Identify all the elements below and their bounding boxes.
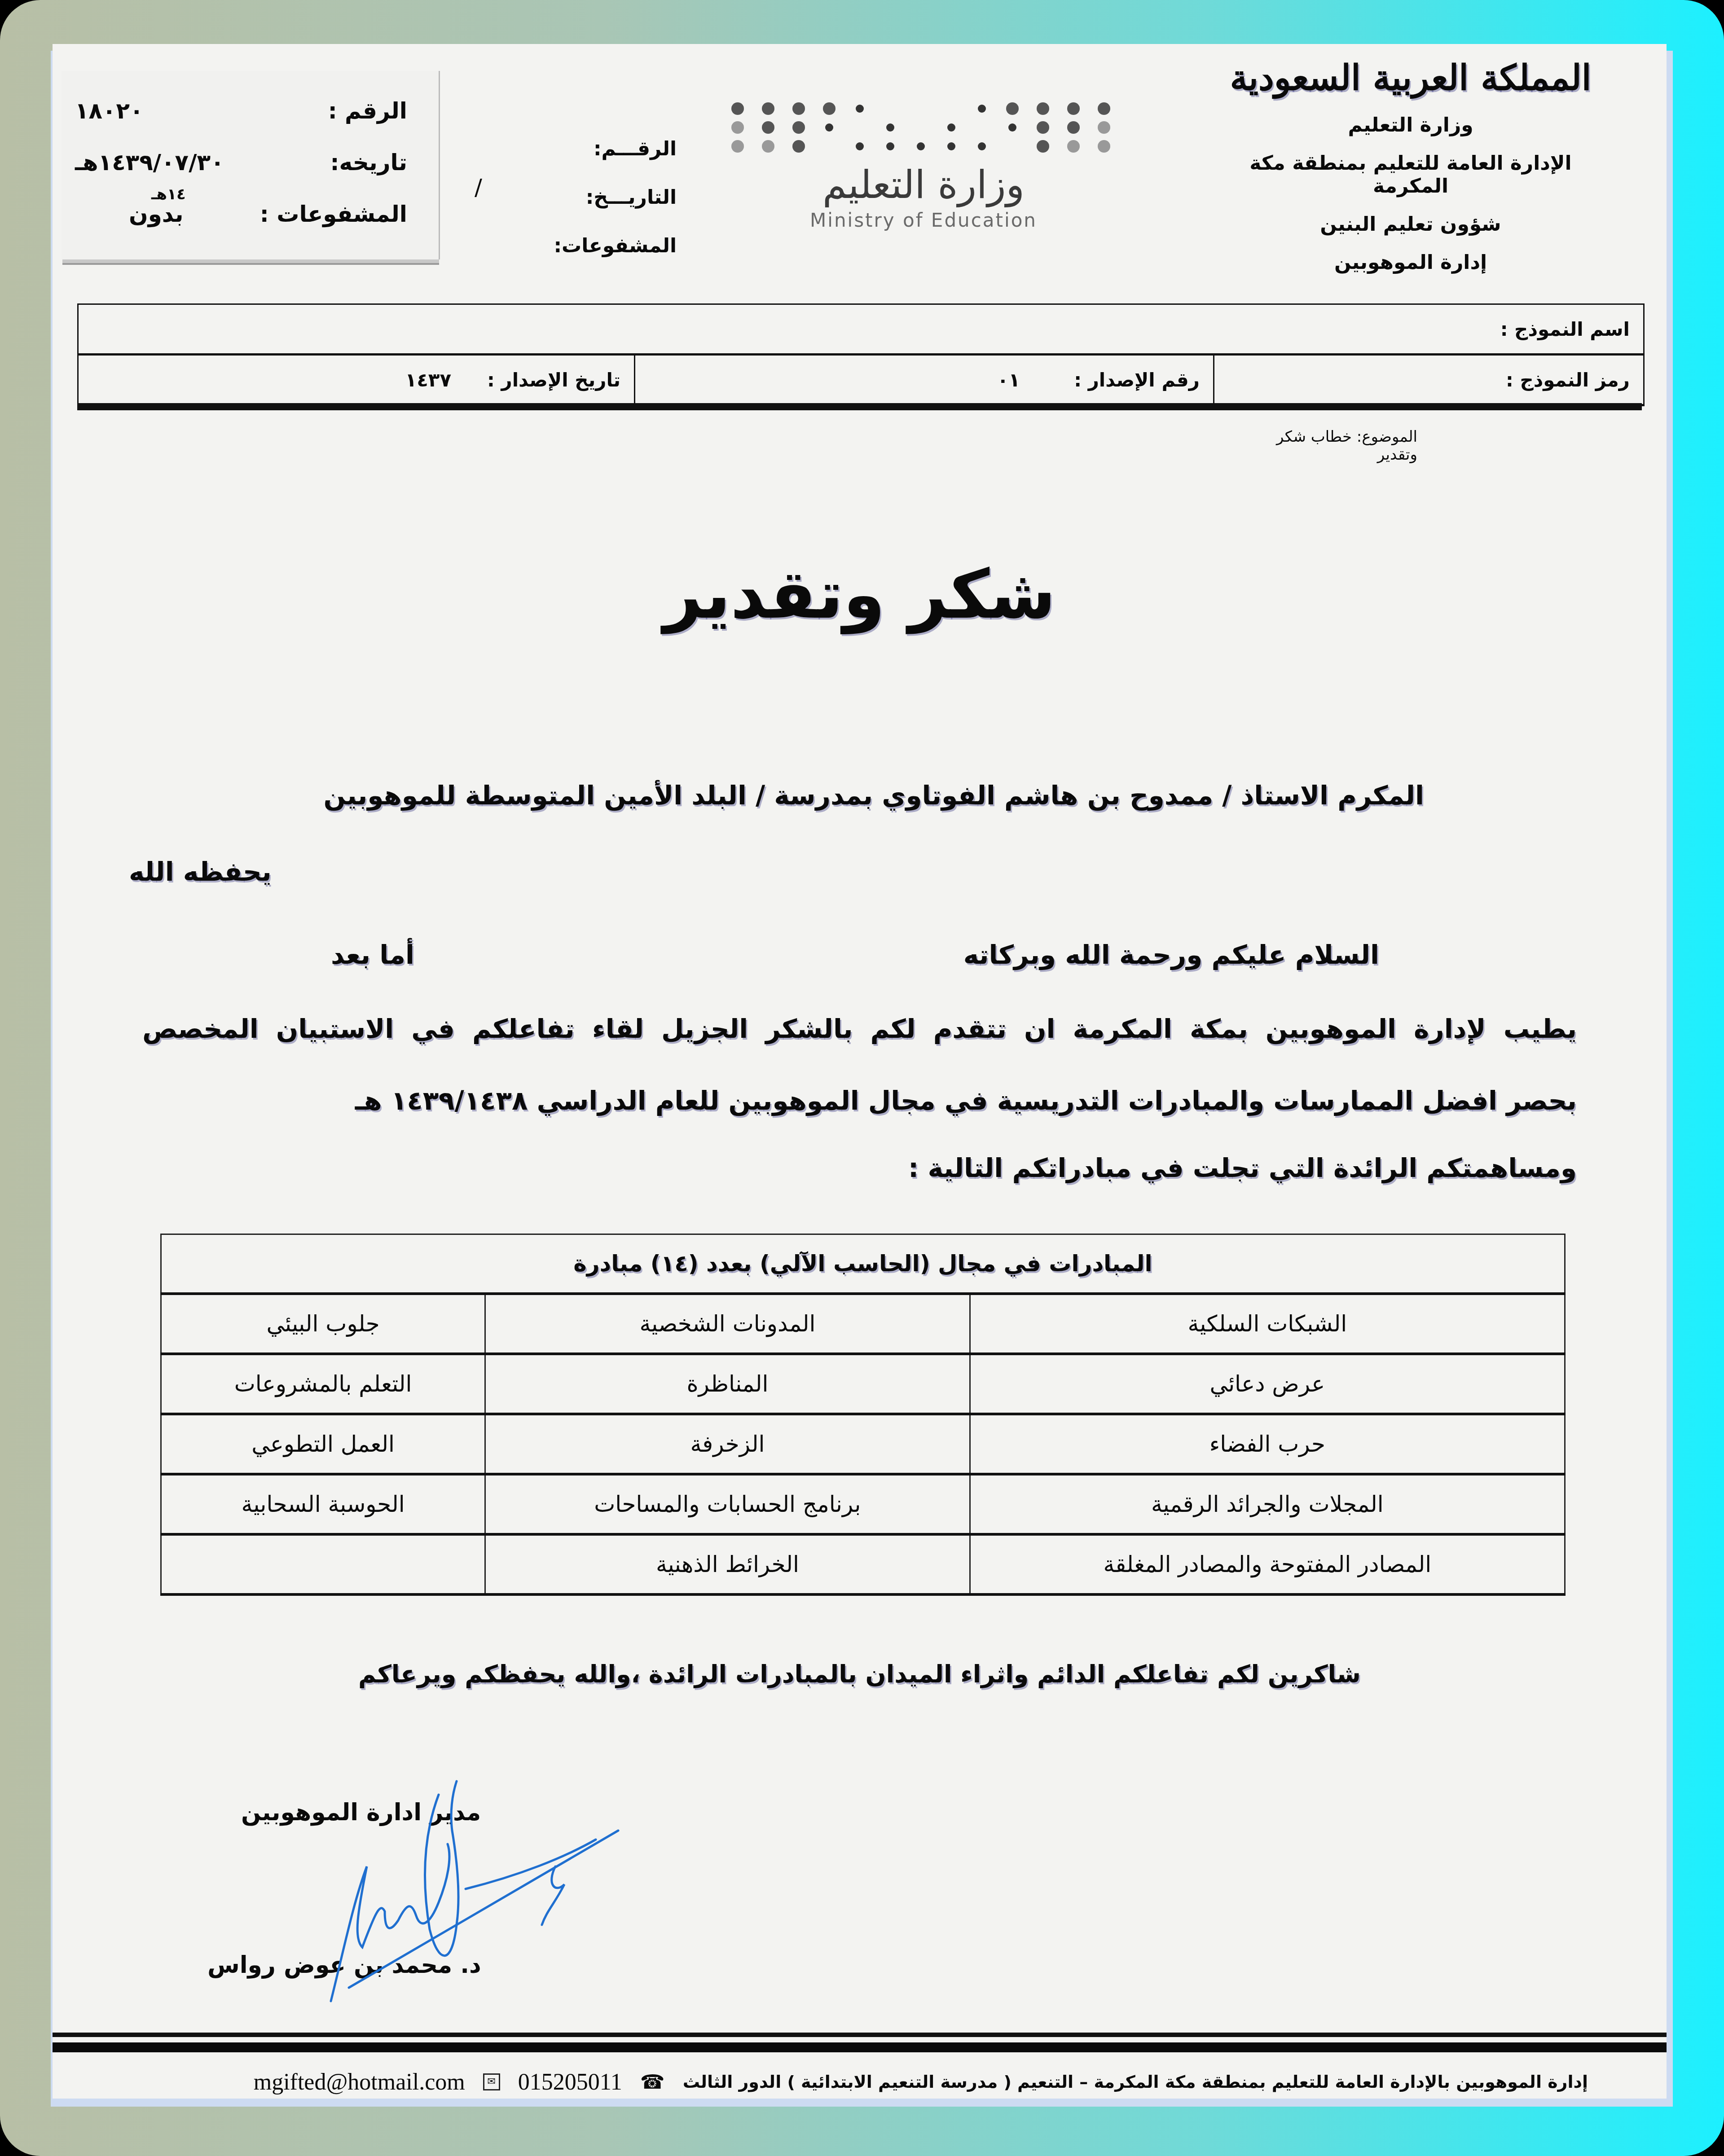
letter-document: المملكة العربية السعودية وزارة التعليم ا…	[53, 44, 1667, 2099]
stamp-attachments-value: بدون	[129, 201, 183, 246]
boys-affairs-line: شؤون تعليم البنين	[1209, 213, 1613, 236]
date-label: التاريـــخ:	[524, 173, 677, 222]
issue-date-value: ١٤٣٧	[405, 369, 452, 391]
header-divider	[77, 403, 1642, 410]
table-cell	[161, 1534, 485, 1594]
logo-english-text: Ministry of Education	[753, 209, 1094, 231]
stamp-attachments-label: المشفوعات :	[260, 201, 407, 246]
letterhead-organization: المملكة العربية السعودية وزارة التعليم ا…	[1209, 57, 1613, 274]
table-cell: الحوسبة السحابية	[161, 1474, 485, 1534]
table-cell: الخرائط الذهنية	[485, 1534, 970, 1594]
footer-phone: 015205011	[518, 2069, 622, 2095]
issue-number-value: ٠١	[997, 369, 1020, 391]
date-slash: /	[475, 174, 482, 200]
form-metadata-table: اسم النموذج : رمز النموذج : رقم الإصدار …	[77, 303, 1645, 406]
form-code-label: رمز النموذج :	[1506, 369, 1630, 391]
table-cell: العمل التطوعي	[161, 1414, 485, 1474]
stamp-date-label: تاريخه:	[330, 149, 407, 194]
stamp-attachments-row: المشفوعات : بدون	[129, 201, 407, 246]
handwritten-signature-icon	[304, 1777, 672, 2010]
blessing-line: يحفظه الله	[129, 856, 272, 887]
table-row: المصادر المفتوحة والمصادر المغلقة الخرائ…	[161, 1534, 1565, 1594]
initiatives-header: المبادرات في مجال (الحاسب الآلي) بعدد (١…	[161, 1234, 1565, 1294]
salam-greeting: السلام عليكم ورحمة الله وبركاته	[963, 940, 1379, 970]
amma-baad: أما بعد	[331, 940, 414, 970]
general-directorate-line: الإدارة العامة للتعليم بمنطقة مكة المكرم…	[1209, 152, 1613, 198]
form-code-row: رمز النموذج : رقم الإصدار : ٠١ تاريخ الإ…	[79, 356, 1643, 406]
form-name-row: اسم النموذج :	[79, 305, 1643, 356]
table-row: الشبكات السلكية المدونات الشخصية جلوب ال…	[161, 1294, 1565, 1354]
footer-email[interactable]: mgifted@hotmail.com	[254, 2069, 465, 2095]
body-paragraph-line-1: يطيب لإدارة الموهوبين بمكة المكرمة ان تت…	[142, 1014, 1577, 1044]
recipient-line: المكرم الاستاذ / ممدوح بن هاشم الفوتاوي …	[324, 780, 1424, 811]
table-row: المجلات والجرائد الرقمية برنامج الحسابات…	[161, 1474, 1565, 1534]
table-cell: المدونات الشخصية	[485, 1294, 970, 1354]
table-cell: حرب الفضاء	[970, 1414, 1565, 1474]
ministry-logo: وزارة التعليم Ministry of Education	[753, 102, 1094, 309]
issue-date-label: تاريخ الإصدار :	[487, 369, 620, 391]
stamp-number-label: الرقم :	[328, 98, 407, 143]
ministry-line: وزارة التعليم	[1209, 114, 1613, 136]
table-cell: التعلم بالمشروعات	[161, 1354, 485, 1414]
table-cell: برنامج الحسابات والمساحات	[485, 1474, 970, 1534]
stamp-date-value: ١٤٣٩/٠٧/٣٠هـ	[75, 149, 224, 194]
issue-number-cell: رقم الإصدار : ٠١	[635, 356, 1214, 404]
attachments-label: المشفوعات:	[524, 222, 677, 270]
logo-dots-icon	[753, 102, 1094, 153]
reference-stamp: الرقم : ١٨٠٢٠ تاريخه: ١٤٣٩/٠٧/٣٠هـ المشف…	[62, 71, 440, 259]
table-cell: جلوب البيئي	[161, 1294, 485, 1354]
stamp-date-suffix: ١٤هـ	[151, 185, 186, 203]
table-cell: المناظرة	[485, 1354, 970, 1414]
reference-labels: الرقـــم: التاريـــخ: المشفوعات:	[524, 125, 677, 270]
stamp-number-value: ١٨٠٢٠	[75, 98, 144, 143]
stamp-number-row: الرقم : ١٨٠٢٠	[75, 98, 407, 143]
table-row: عرض دعائي المناظرة التعلم بالمشروعات	[161, 1354, 1565, 1414]
form-code-cell: رمز النموذج :	[1214, 356, 1643, 404]
footer-contact: إدارة الموهوبين بالإدارة العامة للتعليم …	[138, 2064, 1588, 2100]
stamp-date-row: تاريخه: ١٤٣٩/٠٧/٣٠هـ	[75, 149, 407, 194]
table-cell: عرض دعائي	[970, 1354, 1565, 1414]
logo-arabic-text: وزارة التعليم	[753, 162, 1094, 207]
email-icon: ✉	[483, 2073, 500, 2090]
closing-line: شاكرين لكم تفاعلكم الدائم واثراء الميدان…	[53, 1660, 1667, 1688]
phone-icon: ☎	[640, 2071, 665, 2094]
form-name-label: اسم النموذج :	[1500, 318, 1630, 340]
body-paragraph-line-2: بحصر افضل الممارسات والمبادرات التدريسية…	[355, 1085, 1577, 1116]
footer-address: إدارة الموهوبين بالإدارة العامة للتعليم …	[683, 2072, 1588, 2092]
table-row: حرب الفضاء الزخرفة العمل التطوعي	[161, 1414, 1565, 1474]
form-name-cell: اسم النموذج :	[79, 305, 1643, 353]
number-label: الرقـــم:	[524, 125, 677, 173]
body-paragraph-line-3: ومساهمتكم الرائدة التي تجلت في مبادراتكم…	[908, 1153, 1577, 1183]
letter-title: شكر وتقدير	[53, 556, 1667, 634]
initiatives-header-row: المبادرات في مجال (الحاسب الآلي) بعدد (١…	[161, 1234, 1565, 1294]
kingdom-title: المملكة العربية السعودية	[1209, 57, 1613, 98]
initiatives-table: المبادرات في مجال (الحاسب الآلي) بعدد (١…	[160, 1234, 1566, 1596]
table-cell: المصادر المفتوحة والمصادر المغلقة	[970, 1534, 1565, 1594]
issue-date-cell: تاريخ الإصدار : ١٤٣٧	[79, 356, 635, 404]
table-cell: الشبكات السلكية	[970, 1294, 1565, 1354]
footer-divider-thick	[53, 2042, 1667, 2052]
table-cell: الزخرفة	[485, 1414, 970, 1474]
footer-divider-thin	[53, 2033, 1667, 2037]
gifted-department-line: إدارة الموهوبين	[1209, 251, 1613, 274]
issue-number-label: رقم الإصدار :	[1074, 369, 1200, 391]
subject-line: الموضوع: خطاب شكر وتقدير	[1238, 428, 1417, 464]
table-cell: المجلات والجرائد الرقمية	[970, 1474, 1565, 1534]
